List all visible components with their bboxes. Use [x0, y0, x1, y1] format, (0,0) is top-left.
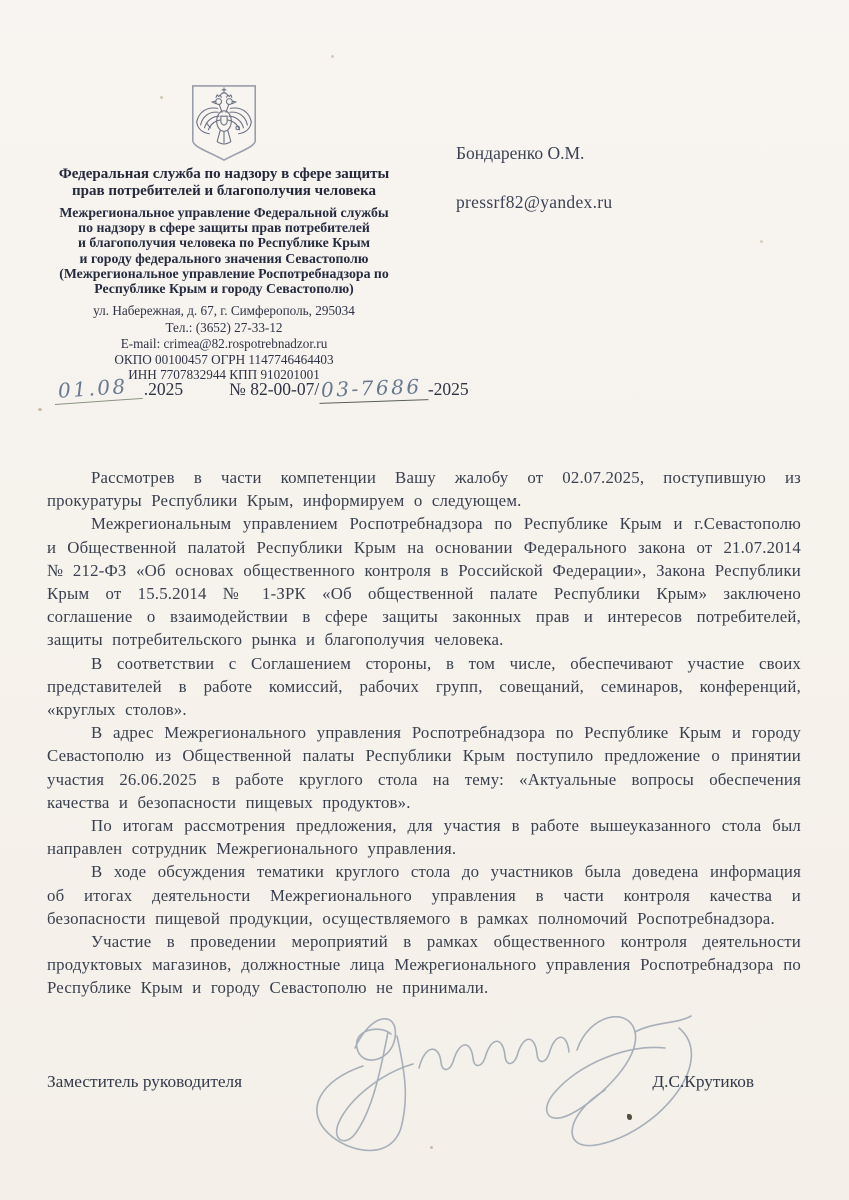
- regional-department-name: Межрегиональное управление Федеральной с…: [25, 205, 423, 296]
- signoff-row: Заместитель руководителя Д.С.Крутиков: [47, 1072, 754, 1092]
- dept-name-line: по надзору в сфере защиты прав потребите…: [25, 220, 423, 235]
- recipient-name: Бондаренко О.М.: [456, 143, 612, 164]
- federal-service-name: Федеральная служба по надзору в сфере за…: [25, 166, 423, 199]
- body-paragraph: Межрегиональным управлением Роспотребнад…: [47, 512, 801, 651]
- org-name-line: Федеральная служба по надзору в сфере за…: [25, 166, 423, 183]
- printed-year: .2025: [144, 379, 183, 400]
- dept-name-line: Межрегиональное управление Федеральной с…: [25, 205, 423, 220]
- signatory-position-title: Заместитель руководителя: [47, 1072, 242, 1092]
- recipient-block: Бондаренко О.М. pressrf82@yandex.ru: [456, 143, 612, 213]
- russian-coat-of-arms-icon: [189, 83, 259, 163]
- letter-body: Рассмотрев в части компетенции Вашу жало…: [47, 466, 801, 1000]
- scanned-letter-page: Федеральная служба по надзору в сфере за…: [0, 0, 849, 1200]
- reference-line: 01.08 .2025 № 82-00-07/ 03-7686 -2025: [54, 376, 469, 402]
- handwritten-date: 01.08: [53, 373, 142, 405]
- scan-speck: [760, 240, 763, 243]
- scan-speck: [627, 1114, 632, 1120]
- dept-name-line: и городу федерального значения Севастопо…: [25, 251, 423, 266]
- org-name-line: прав потребителей и благополучия человек…: [25, 183, 423, 200]
- handwritten-number: 03-7686: [319, 374, 428, 404]
- letterhead-contacts: ул. Набережная, д. 67, г. Симферополь, 2…: [25, 304, 423, 383]
- body-paragraph: В ходе обсуждения тематики круглого стол…: [47, 860, 801, 930]
- street-address: ул. Набережная, д. 67, г. Симферополь, 2…: [25, 304, 423, 319]
- letterhead: Федеральная служба по надзору в сфере за…: [25, 83, 423, 383]
- okpo-ogrn-codes: ОКПО 00100457 ОГРН 1147746464403: [25, 353, 423, 368]
- org-email: E-mail: crimea@82.rospotrebnadzor.ru: [25, 337, 423, 352]
- scan-speck: [38, 408, 42, 411]
- body-paragraph: В соответствии с Соглашением стороны, в …: [47, 652, 801, 722]
- dept-name-line: (Межрегиональное управление Роспотребнад…: [25, 266, 423, 281]
- dept-name-line: и благополучия человека по Республике Кр…: [25, 235, 423, 250]
- dept-name-line: Республике Крым и городу Севастополю): [25, 281, 423, 296]
- scan-speck: [331, 55, 334, 58]
- recipient-email: pressrf82@yandex.ru: [456, 192, 612, 213]
- document-number-suffix: -2025: [428, 379, 469, 400]
- scan-speck: [430, 1146, 433, 1149]
- body-paragraph: Участие в проведении мероприятий в рамка…: [47, 930, 801, 1000]
- body-paragraph: Рассмотрев в части компетенции Вашу жало…: [47, 466, 801, 512]
- body-paragraph: По итогам рассмотрения предложения, для …: [47, 814, 801, 860]
- signatory-name: Д.С.Крутиков: [652, 1072, 754, 1092]
- document-number-prefix: № 82-00-07/: [229, 379, 319, 400]
- body-paragraph: В адрес Межрегионального управления Росп…: [47, 721, 801, 814]
- phone-number: Тел.: (3652) 27-33-12: [25, 321, 423, 336]
- scan-speck: [160, 96, 163, 99]
